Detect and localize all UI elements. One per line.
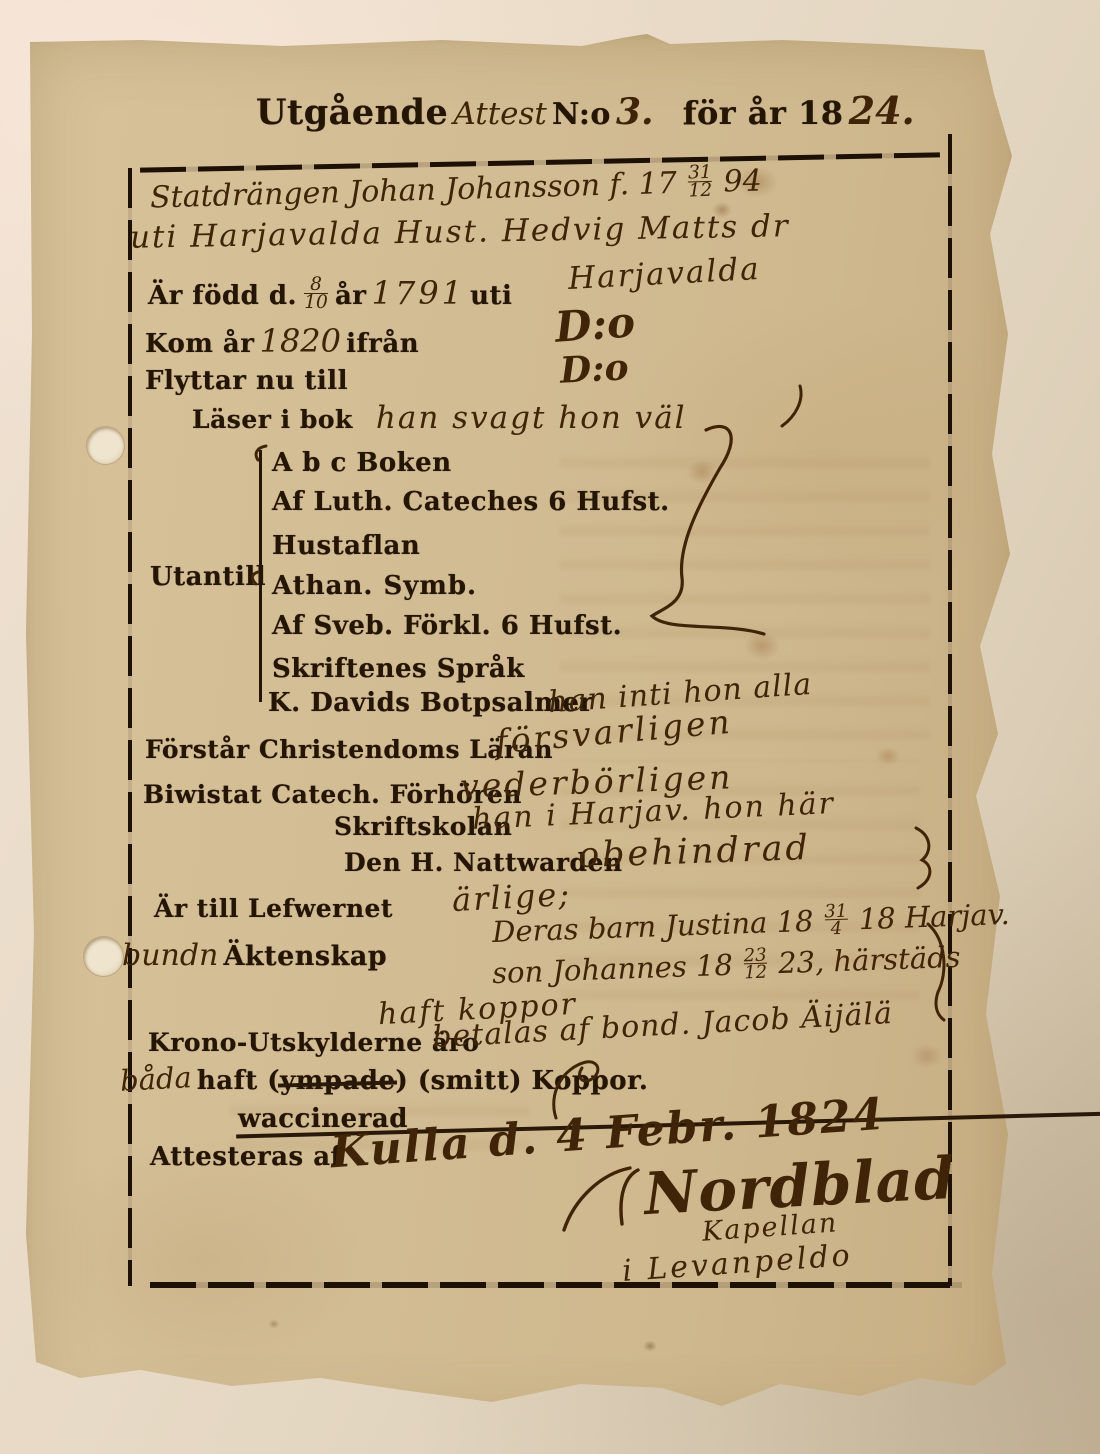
came-row: Kom år 1820 ifrån bbox=[145, 322, 419, 360]
pox-struck-word: ympade bbox=[280, 1066, 395, 1096]
title-number-hand: 3. bbox=[616, 91, 654, 133]
marriage-hand-pre: bundn bbox=[122, 938, 218, 973]
signature-flourish bbox=[560, 1160, 650, 1250]
born-year-label: år bbox=[335, 281, 367, 311]
title-year-hand: 24. bbox=[849, 88, 915, 133]
title-word-utgaende: Utgående bbox=[256, 92, 448, 133]
utantill-item: K. Davids Botpsalmer bbox=[268, 688, 594, 718]
title-row: Utgående Attest N:o 3. för år 18 24. bbox=[256, 88, 915, 133]
born-year: 1791 bbox=[372, 274, 465, 312]
came-label2: ifrån bbox=[346, 329, 419, 359]
flourish-tall-bracket bbox=[922, 922, 952, 1022]
utantill-brace-curl bbox=[248, 444, 268, 704]
birth-year-fraction: 3112 bbox=[688, 165, 713, 199]
moves-label: Flyttar nu till bbox=[145, 366, 348, 396]
child1-date-fraction: 314 bbox=[824, 903, 848, 936]
came-label1: Kom år bbox=[145, 329, 254, 359]
moves-value: D:o bbox=[559, 346, 630, 392]
reads-row: Läser i bok han svagt hon väl bbox=[192, 400, 687, 436]
marriage-label: Äktenskap bbox=[223, 941, 387, 972]
title-year-label: för år 18 bbox=[683, 94, 844, 132]
punch-hole-top bbox=[87, 427, 124, 464]
flourish-close-bracket bbox=[908, 826, 938, 890]
taxes-label: Krono-Utskylderne äro bbox=[148, 1028, 479, 1057]
came-from-value: D:o bbox=[553, 297, 636, 351]
born-label: Är född d. bbox=[148, 281, 297, 311]
born-uti-label: uti bbox=[470, 281, 512, 311]
pox-hand-pre: båda bbox=[119, 1060, 192, 1098]
handwritten-brace bbox=[628, 416, 788, 656]
utantill-item: Hustaflan bbox=[272, 531, 420, 561]
utantill-item: Af Luth. Cateches 6 Hufst. bbox=[272, 487, 670, 517]
pox-label-pre: haft ( bbox=[197, 1066, 280, 1096]
nattvarden-value: obehindrad bbox=[577, 828, 811, 876]
born-row: Är född d. 810 år 1791 uti bbox=[148, 274, 512, 312]
title-no-label: N:o bbox=[552, 97, 611, 132]
title-word-attest: Attest bbox=[453, 96, 546, 132]
born-day: 810 bbox=[302, 277, 330, 312]
reads-label: Läser i bok bbox=[192, 405, 353, 434]
conduct-label: Är till Lefwernet bbox=[154, 894, 393, 923]
punch-hole-bottom bbox=[84, 937, 123, 976]
understands-label: Förstår Christendoms Läran bbox=[145, 735, 553, 764]
rule-bottom bbox=[150, 1282, 962, 1288]
utantill-item: A b c Boken bbox=[272, 448, 452, 478]
photo-of-document: Utgående Attest N:o 3. för år 18 24. Sta… bbox=[0, 0, 1100, 1454]
attested-label: Attesteras af bbox=[150, 1142, 342, 1172]
came-year: 1820 bbox=[260, 322, 341, 360]
child2-date-fraction: 2312 bbox=[743, 947, 767, 980]
rule-left bbox=[128, 168, 132, 1286]
utantill-item: Athan. Symb. bbox=[272, 571, 477, 601]
pox-label-post: ) (smitt) Koppor. bbox=[396, 1066, 649, 1096]
utantill-item: Af Sveb. Förkl. 6 Hufst. bbox=[272, 611, 622, 641]
marriage-label-row: bundn Äktenskap bbox=[122, 938, 387, 973]
flourish-hook bbox=[756, 382, 806, 432]
utantill-item: Skriftenes Språk bbox=[272, 654, 525, 684]
